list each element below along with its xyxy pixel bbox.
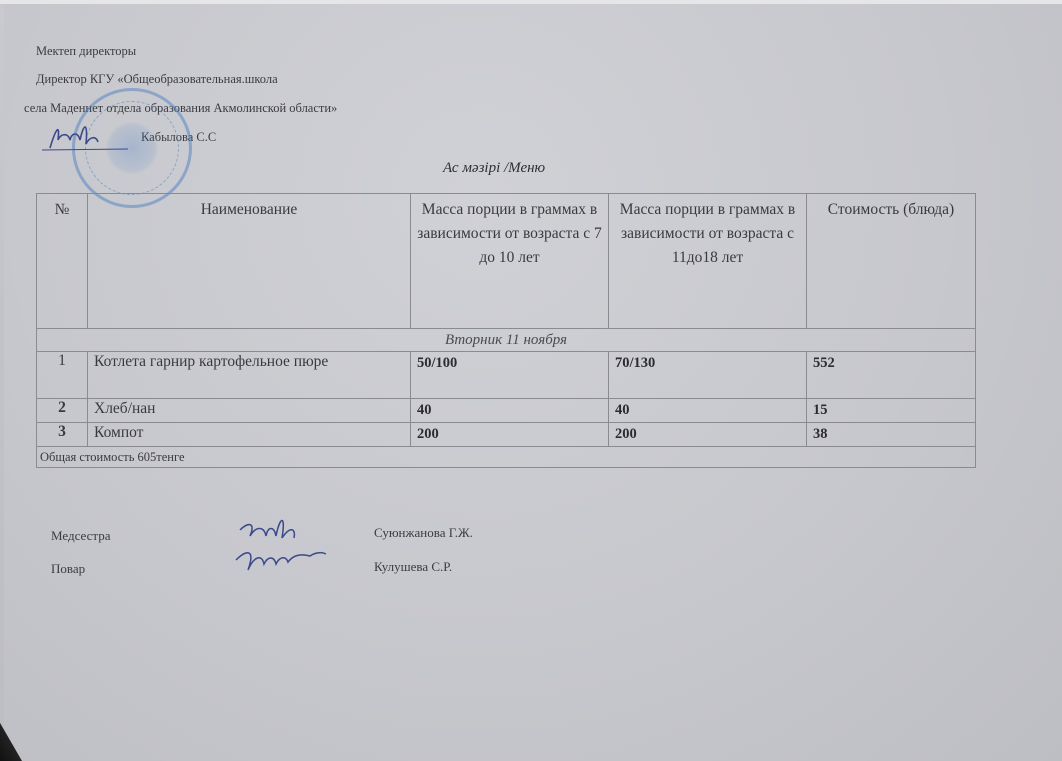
day-row: Вторник 11 ноября	[37, 329, 976, 352]
cook-label: Повар	[51, 561, 85, 577]
row-number: 1	[37, 352, 88, 399]
photo-corner-shadow	[0, 705, 22, 761]
mass-11-18: 40	[609, 399, 807, 423]
table-row: 3 Компот 200 200 38	[37, 423, 976, 447]
table-row: 2 Хлеб/нан 40 40 15	[37, 399, 976, 423]
cook-name: Кулушева С.Р.	[374, 559, 452, 575]
header-school-director: Мектеп директоры	[36, 44, 136, 59]
row-number: 3	[37, 423, 88, 447]
mass-11-18: 200	[609, 423, 807, 447]
column-header-number: №	[37, 194, 88, 329]
dish-name: Котлета гарнир картофельное пюре	[88, 352, 411, 399]
dish-cost: 38	[807, 423, 976, 447]
dish-cost: 15	[807, 399, 976, 423]
mass-7-10: 200	[411, 423, 609, 447]
column-header-name: Наименование	[88, 194, 411, 329]
column-header-mass-7-10: Масса порции в граммах в зависимости от …	[411, 194, 609, 329]
column-header-cost: Стоимость (блюда)	[807, 194, 976, 329]
header-director-org: Директор КГУ «Общеобразовательная.школа	[36, 72, 278, 87]
menu-table: № Наименование Масса порции в граммах в …	[36, 193, 976, 468]
table-header-row: № Наименование Масса порции в граммах в …	[37, 194, 976, 329]
column-header-mass-11-18: Масса порции в граммах в зависимости от …	[609, 194, 807, 329]
menu-title: Ас мәзірі /Меню	[443, 160, 545, 177]
nurse-name: Суюнжанова Г.Ж.	[374, 525, 473, 541]
total-cost: Общая стоимость 605тенге	[37, 447, 976, 468]
day-label: Вторник 11 ноября	[37, 329, 976, 352]
dish-name: Компот	[88, 423, 411, 447]
row-number: 2	[37, 399, 88, 423]
director-signature-icon	[38, 118, 138, 158]
mass-7-10: 50/100	[411, 352, 609, 399]
mass-11-18: 70/130	[609, 352, 807, 399]
total-row: Общая стоимость 605тенге	[37, 447, 976, 468]
table-row: 1 Котлета гарнир картофельное пюре 50/10…	[37, 352, 976, 399]
mass-7-10: 40	[411, 399, 609, 423]
nurse-label: Медсестра	[51, 528, 111, 544]
dish-cost: 552	[807, 352, 976, 399]
staff-signatures-icon	[226, 512, 336, 582]
dish-name: Хлеб/нан	[88, 399, 411, 423]
